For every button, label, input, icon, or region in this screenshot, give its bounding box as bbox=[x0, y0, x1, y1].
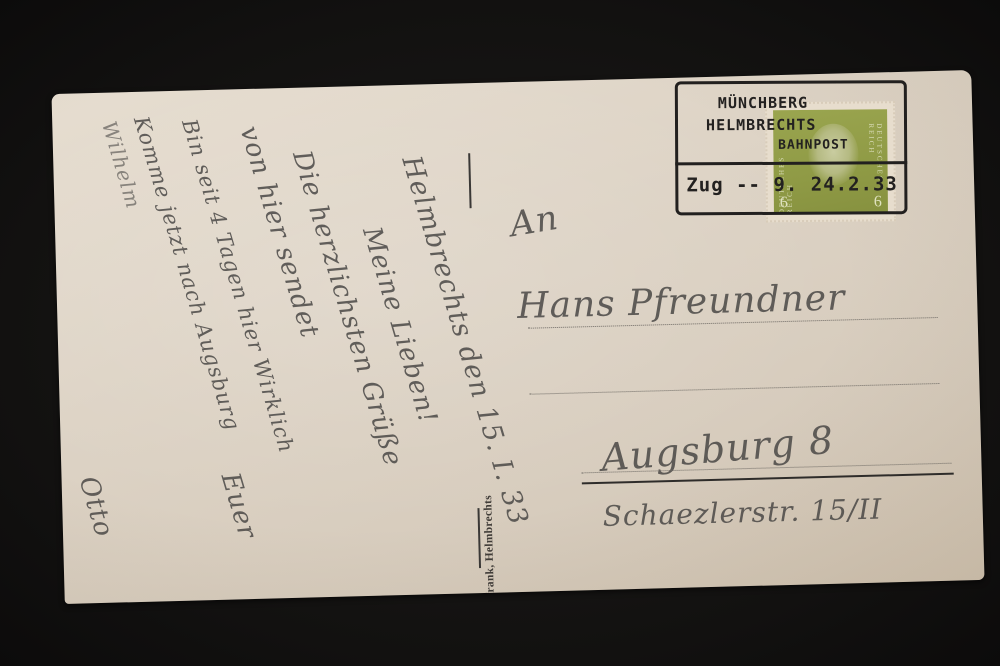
railway-postmark: MÜNCHBERG HELMBRECHTS BAHNPOST Zug -- 9.… bbox=[675, 80, 908, 215]
postmark-line3: BAHNPOST bbox=[778, 137, 849, 152]
postmark-date: Zug -- 9. 24.2.33 bbox=[686, 173, 898, 196]
postmark-line1: MÜNCHBERG bbox=[718, 94, 808, 112]
message-signature: Otto bbox=[73, 473, 119, 541]
message-line: Euer bbox=[215, 469, 263, 542]
divider-line-bottom bbox=[477, 508, 480, 568]
postmark-divider bbox=[675, 161, 907, 165]
address-street: Schaezlerstr. 15/II bbox=[602, 493, 883, 533]
divider-line-top bbox=[468, 153, 471, 208]
postcard-back: Helmbrechts den 15. I. 33 Meine Lieben! … bbox=[51, 70, 984, 604]
postmark-line2: HELMBRECHTS bbox=[706, 116, 816, 135]
address-line-2 bbox=[529, 383, 939, 395]
address-prefix: An bbox=[507, 198, 561, 245]
address-name: Hans Pfreundner bbox=[517, 277, 846, 327]
publisher-imprint: Moritz Saalfrank, Helmbrechts bbox=[482, 495, 498, 604]
